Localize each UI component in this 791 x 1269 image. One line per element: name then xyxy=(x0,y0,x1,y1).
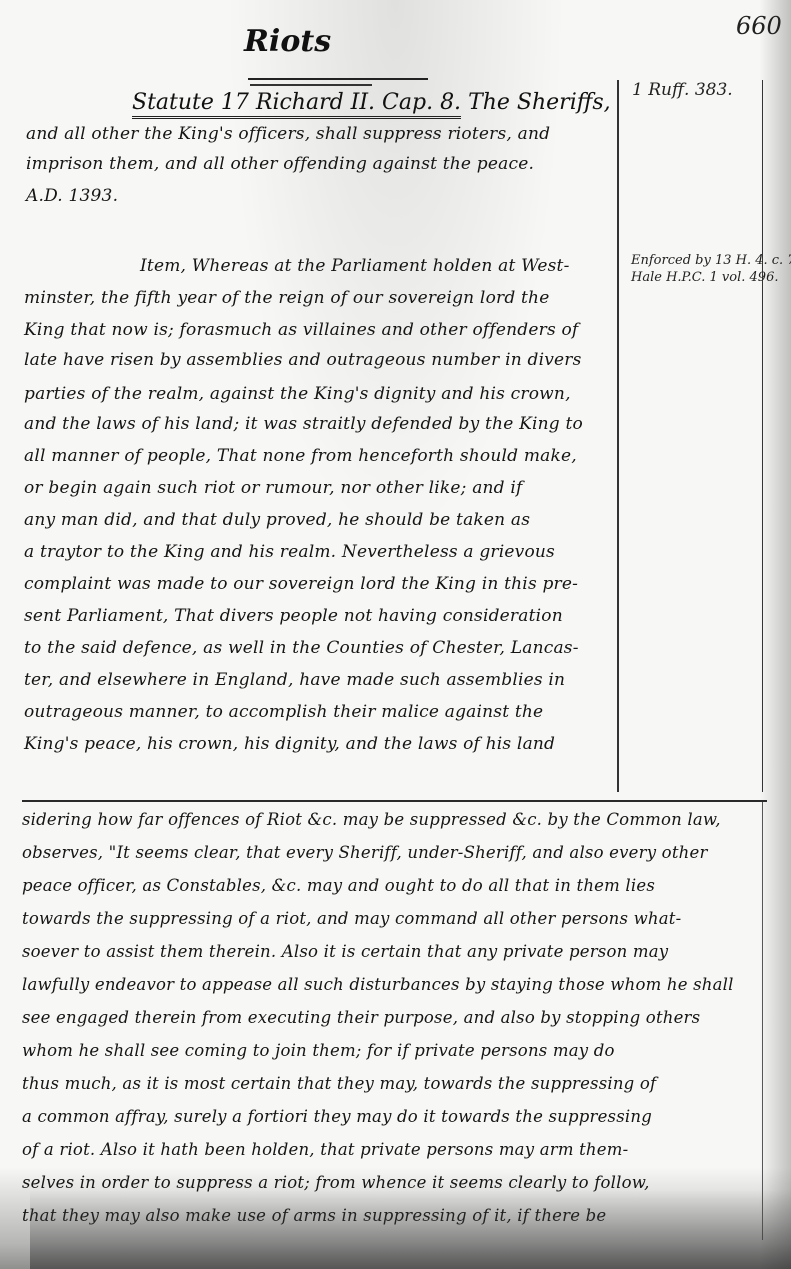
item-line: ter, and elsewhere in England, have made… xyxy=(24,670,565,690)
item-line: all manner of people, That none from hen… xyxy=(24,446,577,466)
statute-line: A.D. 1393. xyxy=(26,186,118,206)
margin-column-right-rule xyxy=(762,80,763,792)
footnote-line: of a riot. Also it hath been holden, tha… xyxy=(22,1140,628,1159)
margin-column-left-rule xyxy=(617,80,619,792)
margin-note-reference: 1 Ruff. 383. xyxy=(632,80,733,100)
margin-note-hale: Hale H.P.C. 1 vol. 496. xyxy=(631,270,778,285)
statute-line: and all other the King's officers, shall… xyxy=(26,124,550,144)
item-line: to the said defence, as well in the Coun… xyxy=(24,638,579,658)
footnote-line: sidering how far offences of Riot &c. ma… xyxy=(22,810,721,829)
statute-heading: Statute 17 Richard II. Cap. 8. xyxy=(132,90,461,119)
footnote-divider xyxy=(22,800,767,802)
item-line: or begin again such riot or rumour, nor … xyxy=(24,478,523,498)
footnote-right-rule xyxy=(762,800,763,1240)
item-line: King that now is; forasmuch as villaines… xyxy=(24,320,578,340)
footnote-line: towards the suppressing of a riot, and m… xyxy=(22,909,681,928)
footnote-line: soever to assist them therein. Also it i… xyxy=(22,942,668,961)
item-line: complaint was made to our sovereign lord… xyxy=(24,574,578,594)
footnote-line: whom he shall see coming to join them; f… xyxy=(22,1041,615,1060)
footnote-line: see engaged therein from executing their… xyxy=(22,1008,700,1027)
item-line: Item, Whereas at the Parliament holden a… xyxy=(140,256,570,276)
statute-line: imprison them, and all other offending a… xyxy=(26,154,534,174)
item-line: and the laws of his land; it was straitl… xyxy=(24,414,583,434)
page-title: Riots xyxy=(244,24,331,59)
footnote-line: observes, "It seems clear, that every Sh… xyxy=(22,843,708,862)
title-underline xyxy=(248,78,428,80)
title-underline-second xyxy=(250,84,372,86)
item-line: any man did, and that duly proved, he sh… xyxy=(24,510,530,530)
manuscript-page: 660 Riots Statute 17 Richard II. Cap. 8.… xyxy=(0,0,791,1269)
item-line: a traytor to the King and his realm. Nev… xyxy=(24,542,555,562)
page-number: 660 xyxy=(736,12,782,40)
footnote-line: a common affray, surely a fortiori they … xyxy=(22,1107,652,1126)
statute-lead-in: The Sheriffs, xyxy=(468,90,611,115)
item-line: parties of the realm, against the King's… xyxy=(24,384,571,404)
footnote-line: thus much, as it is most certain that th… xyxy=(22,1074,656,1093)
footnote-line: peace officer, as Constables, &c. may an… xyxy=(22,876,655,895)
item-line: outrageous manner, to accomplish their m… xyxy=(24,702,543,722)
scan-smudge xyxy=(30,1190,791,1269)
item-line: sent Parliament, That divers people not … xyxy=(24,606,563,626)
footnote-line: lawfully endeavor to appease all such di… xyxy=(22,975,734,994)
item-line: late have risen by assemblies and outrag… xyxy=(24,350,582,370)
item-line: minster, the fifth year of the reign of … xyxy=(24,288,549,308)
margin-note-enforced: Enforced by 13 H. 4. c. 7. xyxy=(631,253,791,268)
item-line: King's peace, his crown, his dignity, an… xyxy=(24,734,555,754)
statute-heading-line: Statute 17 Richard II. Cap. 8. The Sheri… xyxy=(132,90,611,115)
